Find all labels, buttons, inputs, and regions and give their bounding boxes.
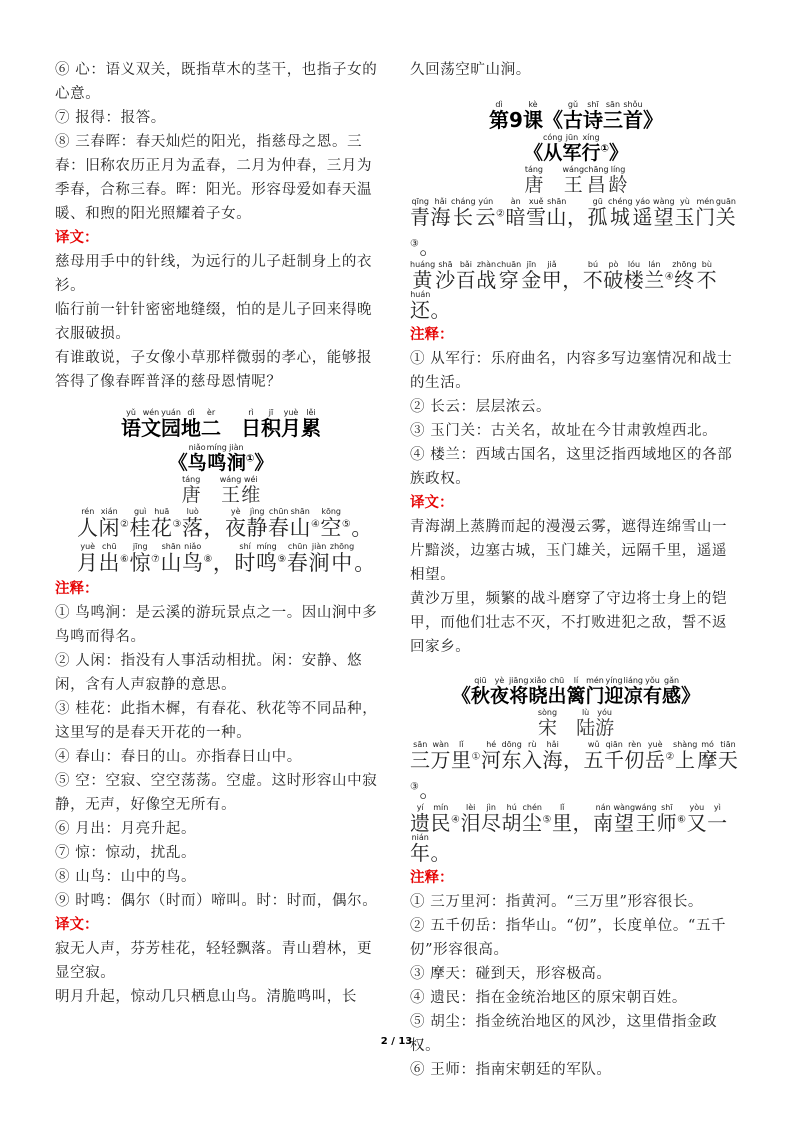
ruby-char: 王wáng <box>562 174 584 196</box>
ruby-char <box>221 416 241 440</box>
ruby-char: 唐táng <box>182 484 201 506</box>
ruby-char: 门mén <box>585 685 604 707</box>
ruby-char: 一yì <box>707 811 728 835</box>
ruby-char: 望wàng <box>613 811 635 835</box>
ruby-char: ， <box>567 205 588 229</box>
ruby-char: 不bú <box>583 268 604 292</box>
footnote-marker: ⑨ <box>277 554 286 565</box>
note-item: ⑥ 心：语义双关，既指草木的茎干，也指子女的心意。 <box>55 58 387 106</box>
ruby-char: 。 <box>431 298 452 322</box>
section-title: 语yǔ文wén园yuán地dì二èr 日rì积jī月yuè累lěi <box>55 394 387 441</box>
ruby-char: 三sān <box>603 108 623 132</box>
ruby-char: 篱lí <box>566 685 585 707</box>
ruby-char: 师shī <box>657 811 678 835</box>
translation-label: 译文： <box>55 913 387 937</box>
ruby-char <box>543 174 562 196</box>
ruby-char: 王wáng <box>635 811 657 835</box>
ruby-char: 。 <box>351 516 373 540</box>
ruby-char: 山shān <box>160 551 182 575</box>
ruby-char: 三sān <box>410 748 431 772</box>
footnote-marker: ① <box>472 751 481 762</box>
poem-title: 《 秋qiū夜yè将jiāng晓xiǎo出chū篱lí门mén迎yíng凉liá… <box>410 659 742 708</box>
lesson-title: 第dì9 课kè《 古gǔ诗shī三sān首shǒu》 <box>410 82 742 133</box>
ruby-char: 鸟niǎo <box>182 551 204 575</box>
ruby-char: 》 <box>609 142 628 164</box>
ruby-char: ， <box>572 811 593 835</box>
ruby-char: 文wén <box>141 416 161 440</box>
poem-line: 遗yí民mín④泪lèi尽jìn胡hú尘chén⑤里lǐ， 南nán望wàng王… <box>410 803 742 866</box>
ruby-char: 破pò <box>603 268 624 292</box>
ruby-char: 凉liáng <box>624 685 643 707</box>
ruby-char: 入rù <box>522 748 543 772</box>
translation-label: 译文： <box>410 491 742 515</box>
note-item: ⑨ 时鸣：偶尔（时而）啼叫。时：时而，偶尔。 <box>55 889 387 913</box>
poem-title: 《 鸟niǎo鸣míng涧jiàn①》 <box>55 443 387 475</box>
ruby-char: 上shàng <box>675 748 697 772</box>
page-indicator: 2 / 13 <box>0 1036 793 1047</box>
note-item: ① 鸟鸣涧：是云溪的游玩景点之一。因山涧中多鸟鸣而得名。 <box>55 601 387 649</box>
ruby-char: 。 <box>354 551 376 575</box>
ruby-char: 》 <box>681 685 700 707</box>
ruby-char: 将jiāng <box>509 685 528 707</box>
footnote-marker: ⑧ <box>203 554 212 565</box>
ruby-char: 园yuán <box>161 416 181 440</box>
note-item: ② 人闲：指没有人事活动相扰。闲：安静、悠闲，含有人声寂静的意思。 <box>55 649 387 697</box>
poem-author: 唐táng 王wáng昌chāng龄líng <box>410 165 742 197</box>
translation-paragraph: 寂无人声，芬芳桂花，轻轻飘落。青山碧林，更显空寂。 <box>55 937 387 985</box>
ruby-char: 孤gū <box>588 205 609 229</box>
ruby-char: 山shān <box>289 516 311 540</box>
ruby-char: 》 <box>254 452 273 474</box>
ruby-char: 雪xuě <box>526 205 547 229</box>
ruby-char: 夜yè <box>225 516 247 540</box>
translation-label: 译文： <box>55 226 387 250</box>
ruby-char: 中zhōng <box>330 551 354 575</box>
poem-title: 《 从cóng军jūn行xíng①》 <box>410 133 742 165</box>
ruby-char: 楼lóu <box>624 268 645 292</box>
ruby-char: 9 <box>509 108 523 132</box>
ruby-char: ， <box>213 551 235 575</box>
ruby-char: 鸣míng <box>207 452 227 474</box>
ruby-char: 里lǐ <box>552 811 573 835</box>
ruby-char: 不bù <box>697 268 718 292</box>
ruby-char: 迎yíng <box>605 685 624 707</box>
poem-line: 青qīng海hǎi长cháng云yún②暗àn雪xuě山shān， 孤gū城ch… <box>410 197 742 260</box>
note-item: ⑤ 空：空寂、空空荡荡。空虚。这时形容山中寂静，无声，好像空无所有。 <box>55 769 387 817</box>
note-item: ③ 桂花：此指木樨，有春花、秋花等不同品种，这里写的是春天开花的一种。 <box>55 697 387 745</box>
ruby-char: 海hǎi <box>431 205 452 229</box>
ruby-char: 遥yáo <box>633 205 654 229</box>
ruby-char: 游yóu <box>595 717 614 739</box>
ruby-char: 尽jìn <box>481 811 502 835</box>
ruby-char: 万wàn <box>431 748 452 772</box>
ruby-char: 岳yuè <box>645 748 666 772</box>
ruby-char: 语yǔ <box>121 416 141 440</box>
poem-line: 三sān万wàn里lǐ①河hé东dōng入rù海hǎi， 五wǔ千qiān仞rè… <box>410 740 742 803</box>
note-item: ① 三万里河：指黄河。“三万里”形容很长。 <box>410 890 742 914</box>
note-item: ⑧ 三春晖：春天灿烂的阳光，指慈母之恩。三春：旧称农历正月为孟春，二月为仲春，三… <box>55 130 387 226</box>
ruby-char: 海hǎi <box>542 748 563 772</box>
ruby-char: 天tiān <box>718 748 739 772</box>
ruby-char: 桂guì <box>129 516 151 540</box>
ruby-char: 首shǒu <box>623 108 643 132</box>
ruby-char: 长cháng <box>451 205 476 229</box>
footnote-marker: ⑤ <box>542 814 551 825</box>
ruby-char: 黄huáng <box>410 268 435 292</box>
ruby-char: 秋qiū <box>471 685 490 707</box>
ruby-char: 五wǔ <box>583 748 604 772</box>
ruby-char <box>201 484 220 506</box>
ruby-char: 《 <box>169 452 188 474</box>
ruby-char: 》 <box>643 108 663 132</box>
note-item: ⑥ 月出：月亮升起。 <box>55 817 387 841</box>
note-item: ③ 摩天：碰到天，形容极高。 <box>410 962 742 986</box>
ruby-char: 望wàng <box>653 205 675 229</box>
ruby-char: 落luò <box>182 516 204 540</box>
ruby-char: 遗yí <box>410 811 431 835</box>
ruby-char: ， <box>203 516 225 540</box>
ruby-char: ， <box>562 268 583 292</box>
footnote-marker: ⑥ <box>677 814 686 825</box>
ruby-char: 昌chāng <box>584 174 609 196</box>
footnote-marker: ① <box>601 144 609 155</box>
notes-label: 注释： <box>410 323 742 347</box>
ruby-char: 累lěi <box>301 416 321 440</box>
ruby-char: 摩mó <box>697 748 718 772</box>
note-item: ① 从军行：乐府曲名，内容多写边塞情况和战士的生活。 <box>410 347 742 395</box>
ruby-char: 里lǐ <box>451 748 472 772</box>
right-column: 久回荡空旷山涧。 第dì9 课kè《 古gǔ诗shī三sān首shǒu》 《 从… <box>410 58 742 1082</box>
ruby-char: 古gǔ <box>563 108 583 132</box>
footnote-marker: ② <box>496 208 505 219</box>
ruby-char: 空kōng <box>320 516 342 540</box>
footnote-marker: ⑤ <box>342 519 351 530</box>
ruby-char: 尘chén <box>522 811 543 835</box>
ruby-char: 时shí <box>234 551 256 575</box>
ruby-char: 终zhōng <box>674 268 696 292</box>
ruby-char: 暗àn <box>506 205 527 229</box>
ruby-char: 月yuè <box>281 416 301 440</box>
ruby-char: 云yún <box>476 205 497 229</box>
poem-line: 月yuè出chū⑥惊jīng⑦山shān鸟niǎo⑧， 时shí鸣míng⑨春c… <box>55 542 387 577</box>
ruby-char: 晓xiǎo <box>528 685 547 707</box>
translation-paragraph: 临行前一针针密密地缝缀，怕的是儿子回来得晚衣服破损。 <box>55 298 387 346</box>
ruby-char: 千qiān <box>604 748 625 772</box>
poem-line: 人rén闲xián②桂guì花huā③落luò， 夜yè静jìng春chūn山s… <box>55 507 387 542</box>
note-item: ⑤ 胡尘：指金统治地区的风沙，这里借指金政权。 <box>410 1010 742 1058</box>
ruby-char: 人rén <box>77 516 99 540</box>
ruby-char: 课kè <box>523 108 543 132</box>
ruby-char: 青qīng <box>410 205 431 229</box>
continued-text: 久回荡空旷山涧。 <box>410 58 742 82</box>
translation-paragraph: 有谁敢说，子女像小草那样微弱的孝心，能够报答得了像春晖普泽的慈母恩情呢？ <box>55 346 387 394</box>
ruby-char: 东dōng <box>501 748 522 772</box>
note-item: ⑦ 报得：报答。 <box>55 106 387 130</box>
ruby-char: 唐táng <box>524 174 543 196</box>
ruby-char: 玉yù <box>675 205 696 229</box>
poem-author: 唐táng 王wáng维wéi <box>55 475 387 507</box>
ruby-char: 泪lèi <box>460 811 481 835</box>
ruby-char: 门mén <box>695 205 716 229</box>
translation-paragraph: 青海湖上蒸腾而起的漫漫云雾，遮得连绵雪山一片黯淡，边塞古城，玉门雄关，远隔千里，… <box>410 515 742 587</box>
ruby-char: 关guān <box>716 205 737 229</box>
note-item: ④ 楼兰：西域古国名，这里泛指西域地区的各部族政权。 <box>410 443 742 491</box>
ruby-char: 王wáng <box>220 484 242 506</box>
poem-author: 宋sòng 陆lù游yóu <box>410 708 742 740</box>
ruby-char: 鸣míng <box>256 551 278 575</box>
note-item: ③ 玉门关：古关名，故址在今甘肃敦煌西北。 <box>410 419 742 443</box>
ruby-char: 年nián <box>410 841 431 865</box>
ruby-char: 二èr <box>201 416 221 440</box>
ruby-char: 第dì <box>489 108 509 132</box>
ruby-char: 甲jiǎ <box>542 268 563 292</box>
ruby-char: 沙shā <box>435 268 456 292</box>
ruby-char: 地dì <box>181 416 201 440</box>
ruby-char: 月yuè <box>77 551 99 575</box>
ruby-char: 兰lán <box>644 268 665 292</box>
note-item: ② 长云：层层浓云。 <box>410 395 742 419</box>
left-column: ⑥ 心：语义双关，既指草木的茎干，也指子女的心意。 ⑦ 报得：报答。 ⑧ 三春晖… <box>55 58 387 1009</box>
translation-paragraph: 黄沙万里，频繁的战斗磨穿了守边将士身上的铠甲，而他们壮志不灭，不打败进犯之敌，誓… <box>410 587 742 659</box>
ruby-char: 诗shī <box>583 108 603 132</box>
ruby-char: 又yòu <box>687 811 708 835</box>
note-item: ⑥ 王师：指南宋朝廷的军队。 <box>410 1058 742 1082</box>
poem-line: 黄huáng沙shā百bǎi战zhàn穿chuān金jīn甲jiǎ， 不bú破p… <box>410 260 742 323</box>
footnote-marker: ④ <box>311 519 320 530</box>
note-item: ② 五千仞岳：指华山。“仞”，长度单位。“五千仞”形容很高。 <box>410 914 742 962</box>
ruby-char: 民mín <box>431 811 452 835</box>
translation-paragraph: 慈母用手中的针线，为远行的儿子赶制身上的衣衫。 <box>55 250 387 298</box>
ruby-char: 闲xián <box>99 516 121 540</box>
ruby-char: 宋sòng <box>538 717 557 739</box>
ruby-char: 出chū <box>99 551 121 575</box>
ruby-char: 感gǎn <box>662 685 681 707</box>
note-item: ⑦ 惊：惊动，扰乱。 <box>55 841 387 865</box>
ruby-char: 仞rèn <box>624 748 645 772</box>
notes-label: 注释： <box>410 866 742 890</box>
ruby-char: 鸟niǎo <box>188 452 207 474</box>
ruby-char: 积jī <box>261 416 281 440</box>
ruby-char: 从cóng <box>543 142 562 164</box>
ruby-char: 龄líng <box>609 174 628 196</box>
ruby-char: 花huā <box>151 516 173 540</box>
ruby-char: 有yǒu <box>643 685 662 707</box>
footnote-marker: ③ <box>172 519 181 530</box>
ruby-char: 。 <box>419 778 440 802</box>
ruby-char: 夜yè <box>490 685 509 707</box>
ruby-char: 惊jīng <box>129 551 151 575</box>
ruby-char <box>557 717 576 739</box>
ruby-char: 《 <box>543 108 563 132</box>
ruby-char: 军jūn <box>562 142 581 164</box>
ruby-char: 穿chuān <box>497 268 522 292</box>
ruby-char: 城chéng <box>608 205 633 229</box>
ruby-char: 河hé <box>481 748 502 772</box>
note-item: ⑧ 山鸟：山中的鸟。 <box>55 865 387 889</box>
ruby-char: 金jīn <box>521 268 542 292</box>
intro-notes: ⑥ 心：语义双关，既指草木的茎干，也指子女的心意。 ⑦ 报得：报答。 ⑧ 三春晖… <box>55 58 387 226</box>
ruby-char: 行xíng <box>581 142 600 164</box>
ruby-char: 出chū <box>547 685 566 707</box>
ruby-char: 战zhàn <box>476 268 497 292</box>
ruby-char: 《 <box>452 685 471 707</box>
note-item: ④ 遗民：指在金统治地区的原宋朝百姓。 <box>410 986 742 1010</box>
ruby-char: ， <box>563 748 584 772</box>
ruby-char: 维wéi <box>241 484 260 506</box>
ruby-char: 静jìng <box>246 516 268 540</box>
ruby-char: 南nán <box>593 811 614 835</box>
ruby-char: 。 <box>419 235 440 259</box>
ruby-char: 涧jiàn <box>227 452 246 474</box>
ruby-char: 涧jiàn <box>308 551 330 575</box>
ruby-char: 山shān <box>547 205 568 229</box>
ruby-char: 百bǎi <box>456 268 477 292</box>
note-item: ④ 春山：春日的山。亦指春日山中。 <box>55 745 387 769</box>
translation-paragraph: 明月升起，惊动几只栖息山鸟。清脆鸣叫，长 <box>55 985 387 1009</box>
ruby-char: 春chūn <box>287 551 309 575</box>
ruby-char: 陆lù <box>576 717 595 739</box>
notes-label: 注释： <box>55 577 387 601</box>
ruby-char: 。 <box>431 841 452 865</box>
ruby-char: 还huán <box>410 298 431 322</box>
ruby-char: 胡hú <box>501 811 522 835</box>
ruby-char: 日rì <box>241 416 261 440</box>
ruby-char: 《 <box>524 142 543 164</box>
ruby-char: 春chūn <box>268 516 290 540</box>
